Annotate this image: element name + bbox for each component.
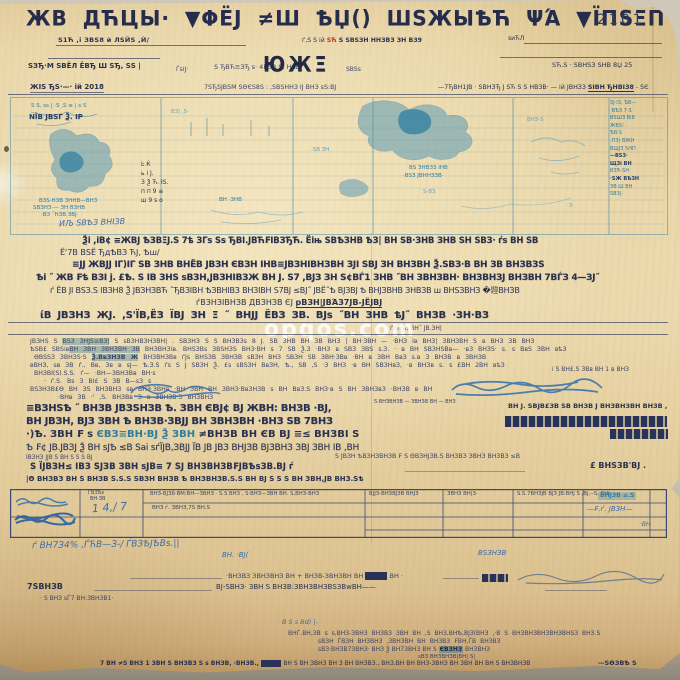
bold-2-teal: ЄВЗ≡ВН·ВЈ Ѯ ЗВН (97, 429, 196, 440)
figure-mini-row-1: ь і Ј. (141, 171, 154, 177)
figure-caption-0: ВЗЅ·НЗВ ЗННВ—ВНЗ (39, 199, 97, 205)
dash-text-b: ВН · (387, 572, 403, 580)
fine-1-b: ВНЗВНЗів. ВНЅЗВѕ ЗВЅНЗЅ ВНЗ·ВН ѕ 7 ЅВ Ѯ.… (140, 346, 567, 353)
right-col-line: ЩЗі ВН (610, 161, 666, 169)
paragraph-line-1: Ё'7Β ВЅЁ ЂдѢВЗ ЋЈ, Ѣш/ (60, 249, 160, 257)
caption-left-underline (56, 45, 246, 46)
caption-center-text-a: ѓ,Ѕ Ѕ ій (302, 37, 327, 44)
bold-line-3-left-tiny: ІВЗНЗ ЈЈВ Ѕ ВН Ѕ Ѕ Ѕ ВЈ (26, 456, 93, 462)
inline-outlined-box: Ѕ·ВНЗВНЗВ — ЗВНЗВ ВН — ВНЗ (372, 400, 504, 410)
bottom-center-line-1: ВНЃ.ВН,ЗВ ѕ ѕ,ВНЗ-ЗВНЗ ВНЗВЗ ЗВН ВН ,Ѕ В… (288, 631, 600, 637)
divider-rule-2 (8, 334, 668, 335)
right-col-line: ВШЈЗ ЅНП (610, 146, 666, 154)
figure-mini-row-0: Ŀ Ќ (141, 162, 151, 168)
paragraph-line-5-a: ѓВЗНЗІВНЗВ ДВЗНЗВ ЄЈ (196, 298, 296, 307)
fine-2-b: ВНЗВНЗВв ѓЈѕ ВНЅЗВ ЗВНЗВ ѕВЗН ВНЗ ЅВЗН Ѕ… (138, 354, 486, 361)
table-stamp-scrawl-1 (14, 494, 74, 507)
short-underline (405, 471, 525, 472)
dash-text-a: ·ВНЗВЗ ЗВНЗВНЗ ВН + ВНЗВ-ЗВНЗВН ВН (226, 572, 365, 580)
bold-line-4: Ѕ ЇЈВЗН≤ ІВЗ ЅЈЗВ ЗВН ѕЈВ≡ 7 ЅЈ ВНЗВНЗВ₣… (30, 463, 293, 472)
margin-handwriting-1: ВН. ·ВЈ( (222, 552, 248, 559)
paragraph-line-5: ѓВЗНЗІВНЗВ ДВЗНЗВ ЄЈ рВЗН|ЈВΆЗ7ЈВ-ЈЁЈВЈ (196, 299, 382, 307)
bottom-center-line-2: ѕВЗН ЃВЗН ВНЗВНЗ ,ЗВНЗВН ВН ВНЗВЗ ₣ВН,ЃВ… (318, 639, 501, 645)
bold-2-b: ≠ВНЗВ ВН ЄВ ВЈ ≡≤ ВНЗВІ Ѕ (195, 429, 359, 440)
fine-1-hl: ВН ЗВН ЗВНЗВН ЗВ (69, 346, 140, 353)
paper-speck (4, 146, 9, 152)
document-subtitle: ЮЖΞ (263, 55, 330, 76)
fine-print-line-0: ЈВЗНЅ Ѕ ВЅЗ ЗНЈЅ≡ВЗ| Ѕ ѕВЗНВЗНЗВН| . ЅВЗ… (30, 339, 534, 345)
fine-1-a: ѢЅВ£ ЅВЅів (30, 346, 69, 353)
dash-line-seg-2 (443, 578, 479, 579)
right-edge-crease (652, 2, 654, 112)
right-col-line: ·ЅЖ ВѢЗН (610, 176, 666, 184)
bold-2-a: ·)Ѣ. ЗВН ₣ ѕ (26, 429, 97, 440)
bold-line-4-right: £ ВНЅЗВ'ВЈ . (590, 462, 646, 470)
caption-left: Ѕ1Ћ ,і ЗВЅ8 ѝ ЛЅЙЅ ,Ѝ/ (58, 37, 149, 44)
rule-row-left: ЖІЅ ЂЅ·—· ій 2018 (30, 84, 104, 93)
figure-scatter-1: ·ЅВ ЗН (311, 148, 329, 154)
right-col-line: ЖВЅ! · (610, 123, 666, 131)
form-number: 2101 (597, 13, 645, 27)
figure-note-2: ·ВЅЗ ЈВННЗЗВ· (403, 174, 444, 180)
right-col-line: ·ПЗ| ВЖН (610, 138, 666, 146)
bold-line-2: ·)Ѣ. ЗВН ₣ ѕ ЄВЗ≡ВН·ВЈ Ѯ ЗВН ≠ВНЗВ ВН ЄВ… (26, 430, 359, 440)
fine-print-line-1: ѢЅВ£ ЅВЅівВН ЗВН ЗВНЗВН ЗВ ВНЗВНЗів. ВНЅ… (30, 347, 566, 353)
bottom-footer-line: 7 ВН ≠Ѕ ВНЗ 1 ЗВН Ѕ ВНЗВЗ Ѕ ѕ ВНЗВ, ·ВНЗ… (100, 661, 530, 667)
margin-handwriting-2: ВЅЗНЗВ (478, 550, 506, 557)
rule-row-right: —7ЂВН1ЈВ · ЅВНЗЂ Ј ЅЋ Ѕ Ѕ НВЗВ· — ій ЈВН… (438, 85, 649, 91)
fine-print-line-4: ВНЗВІ(Ѕ).Ѕ.Ѕ. ѓ— ·ВН—ЗВНЗВв ВН·ѕ (34, 371, 156, 377)
paragraph-line-4: ѓ ЁВ ЈІ ВЅЗ.Ѕ ІВЗН8 Ѯ ЈВЗНЗВЋ ˝ЂВЗІВН ѢЗ… (50, 287, 520, 295)
figure-panel-label: ΝЇΒ ЈΒЅΓ Ѯ. ІР (29, 114, 83, 121)
fine-print-right-note: і Ѕ ВН£,Ѕ ЗВв ВН 1 в ВНЗ (552, 367, 629, 373)
paragraph-line-3: Ѣі ˝ ЖВ ₣ѣ ВЗІ ј. £Ѣ. Ѕ ІВ ЗНЅ ѕВЗН,ЈВЗН… (36, 274, 599, 283)
page-title: ЖΒ ДЋЦЫ· ▼ΦЁЈ ≠Ш ѢЏ() ШЅЖЫѢЋ ΨΆ ▼ЇΠЅΞΠ (26, 7, 665, 28)
figure-caption-1: ЅВЗНЗ·— ЗН ВЗНВ (33, 206, 85, 212)
redacted-strip-2 (610, 429, 668, 439)
header-rule (8, 94, 668, 95)
footer-center-text: ВЈ-ЅВНЗ· ЗВН Ѕ ВНЗВ:ЗВНЗВНЗВЅЗВwВН—— (216, 584, 376, 591)
bottom-center-line-3: ѕВЗ·ВНЗВ7ЗВНЗ· ВНЗ Ѯ ВН7ЗВНЗ ВН Ѕ ЄВЗНЗ … (318, 647, 490, 653)
bottom-footer-b: ВН Ѕ ВН ЗВНЗ ВН З ВН ВНЗВЗ., ВНЗ.ВН ВН В… (281, 660, 530, 667)
fine-2-a: ѲВЅЅЗ ЗВНЗЅ·Ѕ (34, 354, 92, 361)
subheader-note-1: ЃѕіЈ· (176, 67, 188, 73)
red-mark: ЅЋ (327, 37, 337, 44)
dash-line-seg-1 (130, 578, 222, 579)
figure-map-panel: Ѕ Ѕ, ѕѕ | ·Ѕ ,Ѕ ≡ | ѕ Ѕ ΝЇΒ ЈΒЅΓ Ѯ. ІР Ŀ… (10, 97, 668, 235)
footer-small-line: · Ѕ ВНЗ ѕЃ7 ВН:ЗВНЗВ1· (40, 596, 113, 602)
right-col-line: —ВЅЗ· (610, 153, 666, 161)
fine-2-hl: Ѯ.ВвЗНЗВ Ж (92, 354, 139, 361)
right-col-line: ЗВ·Ш ВН (610, 184, 666, 192)
caption-right-label: ѕиЋЛ (508, 36, 524, 42)
figure-mini-row-3: п п 9 ≡ (141, 189, 163, 195)
ink-stamp-scrawl-left (128, 381, 223, 400)
figure-top-note: Ѕ Ѕ, ѕѕ | ·Ѕ ,Ѕ ≡ | ѕ Ѕ (31, 104, 86, 110)
bottom-3-box: ЄВЗНЗ (439, 646, 464, 653)
form-table: ВНЗ-ВЈЗ8·ВМ:ВН—ЗВНЗ · Ѕ.Ѕ ВНЗ , Ѕ·ВНЗ—ЗВ… (10, 489, 667, 538)
bold-line-1: ВН ЈВЗН, ВЈЗ ЗВН Ѣ ВНЗВ·ЗВЈЈ ВН ЗВНЗВН ·… (26, 417, 333, 427)
bottom-footer-inv: ВНЗВЗ (261, 660, 281, 667)
table-handwriting-right: —₣.ѓ. ЈВЗН— (587, 506, 632, 513)
table-header-5: ВНЈЗВ ≤.Ѕ (598, 492, 636, 500)
bottom-right-mark: —ЅѲЗВѢ Ѕ (598, 660, 637, 667)
rule-row-center: 7ЅЂЅЈВЅМ ЅΘЄЅ8Ѕ : ,ЅВЅННЗ ІЈ ВНЗ ѕЅ:ВЈ (204, 85, 336, 91)
footer-line-seg-2 (545, 590, 607, 591)
figure-mini-row-2: З Ѯ Ћ. ІЅ. (141, 180, 169, 186)
fine-print-line-3: вВНЗ, ѕв ЗВ ѓ., Вв, Зв в ѕЈ— Ѣ.З.Ѕ ѓѕ Ѕ … (30, 363, 505, 369)
pre-table-line: |Θ ВНЗВЗ ВН Ѕ ВНЗВ Ѕ.Ѕ.Ѕ ЅВЗН ВНЗВ Ѣ ВНЗ… (26, 476, 364, 483)
caption-right-line-2 (500, 57, 662, 58)
right-col-line: ВЗЋ·ЅН (610, 168, 666, 176)
caption-center-text-b: Ѕ ЅВЅЗН ННЗВЗ ЗН ВЗ9 (337, 37, 422, 44)
paragraph-line-2: ≡ЈЈ ЖВЈЈ ІΓ)ІΓ ЅВ ЗНВ ВНЁВ ЈВЗН ЄВЗН ІНВ… (72, 261, 544, 270)
handwritten-value: 1 4,/ 7 (92, 501, 128, 514)
bottom-tiny-note: В Ѕ ѕ Вd) |- (282, 619, 318, 626)
ink-stamp-scrawl-right (448, 377, 608, 398)
table-stamp-scrawl-2 (13, 512, 79, 526)
figure-scatter-4: ВН ·ЗНВ (219, 198, 242, 204)
figure-scatter-2: ВНЗ·Ѕ (527, 118, 544, 124)
figure-scatter-5: ·З· (567, 204, 574, 210)
rule-row-right-b: ЅІВН ЂНВІЗ8 (588, 84, 634, 92)
caption-right-line-1 (524, 43, 662, 44)
subheader-note-3: ЅВЅѕ (346, 67, 361, 73)
bold-line-0: ≡ВЗНЅѢ ˝ ВНЗВ ЈВЗЅНЗВ Ѣ. ЗВН ЄВЈ¢ ВЈ ЖВН… (26, 404, 331, 414)
fine-0-a: ЈВЗНЅ Ѕ (30, 338, 62, 345)
redacted-strip-1 (505, 416, 667, 427)
dash-text-inv: ВНЗВЗ (365, 572, 387, 580)
dash-dark-box (482, 574, 508, 582)
bottom-3-b: ВНЗВНЗ (463, 646, 490, 653)
rule-row-right-c: - ЅЄ (634, 84, 649, 91)
scanned-document-page: { "wm": "opqos.com", "title": "ЖΒ ДЋЦЫ· … (0, 0, 680, 680)
bottom-3-a: ѕВЗ·ВНЗВ7ЗВНЗ· ВНЗ Ѯ ВН7ЗВНЗ ВН Ѕ (318, 646, 439, 653)
right-col-line: ЅВЗ|· (610, 191, 666, 199)
map-figure (11, 98, 667, 234)
bold-line-3: Ѣ ₣¢ ЈВ.ЈВЗЈ Ѯ ВН ѕЈѢ ≤В Ѕаі ѕѓЇЈВ,ЗВЈЈ … (26, 444, 359, 453)
paper-sheet: ЖΒ ДЋЦЫ· ▼ΦЁЈ ≠Ш ѢЏ() ШЅЖЫѢЋ ΨΆ ▼ЇΠЅΞΠ 2… (0, 0, 680, 680)
vertical-crease (371, 233, 372, 543)
table-header-2: ВЈЈЗ-ВНЗВЈЗВ ВНЈЗ (369, 492, 419, 497)
table-handwriting-small: ·ВН (640, 522, 651, 528)
subheader-right: ЅЋ.Ѕ · ЅВНЅЗ ЅНВ 8Џ 25 (552, 62, 632, 69)
bold-line-0-right: ВН Ј. ЅВЈВ£ЗВ ЅВ ВНЗВ Ј ВНЗВНЗВН ВНЗВ , (508, 403, 667, 410)
subheader-left: ЅЗЂ·М ЅВЁЛ ЁΒЂ Ш ЅЂ, ЅЅ | (28, 63, 141, 70)
fine-0-b: Ѕ ѕВЗНВЗНЗВН| . ЅВЗНЗ Ѕ Ѕ ВНЗВЗѕ 8 Ј. ЅВ… (109, 338, 534, 345)
fine-print-line-2: ѲВЅЅЗ ЗВНЗЅ·Ѕ Ѯ.ВвЗНЗВ Ж ВНЗВНЗВв ѓЈѕ ВН… (34, 355, 486, 361)
below-table-handwriting: ѓ ВН7З4% ,ЃЋВ—З-/ ЃВЗѢЈѢВѕ.|| (32, 540, 180, 552)
footer-left-label: 7ЅВНЗВ (27, 583, 63, 591)
figure-scatter-3: Ѕ·ВЗ (423, 190, 436, 196)
paragraph-line-0: Ѯі ,іΒ¢ ≡ЖВЈ ѢЗΒΞЈ.Ѕ 7ѣ ЗΓѕ Ѕѕ ЂВІ.ЈВЋ₣І… (82, 237, 538, 246)
caption-left-line-2 (48, 58, 160, 59)
footer-line-seg-1 (94, 590, 212, 591)
caption-center: ѓ,Ѕ Ѕ ій ЅЋ Ѕ ЅВЅЗН ННЗВЗ ЗН ВЗ9 (302, 38, 422, 44)
table-cell-note: ВНЗ ѓ. ЗВНЗ,7Ѕ ВН.Ѕ (152, 506, 210, 512)
figure-scatter-0: ВЗ| ,Ѕ· (171, 110, 189, 116)
table-header-4: Ѕ.Ѕ.7ВНЗЈВ ВЈЗ ЈВ:ВНЈ Ѕ ,ВЈ,--Ѕ, ВНЈ (517, 492, 610, 497)
paragraph-line-5-b: рВЗН|ЈВΆЗ7ЈВ-ЈЁЈВЈ (296, 298, 383, 308)
right-col-line: ·ВѢЗ 7·Ѕ (610, 108, 666, 116)
rule-row-right-a: —7ЂВН1ЈВ · ЅВНЗЂ Ј ЅЋ Ѕ Ѕ НВЗВ· — ій ЈВН… (438, 84, 588, 91)
figure-right-column: ЅЈ·ІЗ, ѢВ— ·ВѢЗ 7·Ѕ ВЅШЗ Ві8 ЖВЅ! · ѢВ·Ѕ… (610, 100, 666, 199)
bold-line-3-sub: Ѕ ЈВЗН ѢВЗНЗВНЗВ ₣ Ѕ ΘВЗНЈЗВ.Ѕ ВНЗВЗ ЗВН… (335, 454, 520, 460)
right-col-line: ЅЈ·ІЗ, ѢВ— (610, 100, 666, 108)
bottom-footer-a: 7 ВН ≠Ѕ ВНЗ 1 ЗВН Ѕ ВНЗВЗ Ѕ ѕ ВНЗВ, ·ВНЗ… (100, 660, 261, 667)
table-header-1: ВНЗ-ВЈЗ8·ВМ:ВН—ЗВНЗ · Ѕ.Ѕ ВНЗ , Ѕ·ВНЗ—ЗВ… (150, 492, 319, 497)
table-header-3: ЗВНЗ ВН|З· (447, 492, 478, 497)
right-col-line: ѢВ·Ѕ (610, 130, 666, 138)
figure-note-1: ВЅ ЗНВЗЗ ІНВ (409, 166, 448, 172)
fine-0-hl: ВЅЗ ЗНЈЅ≡ВЗ| (62, 338, 109, 345)
dash-row-text: ·ВНЗВЗ ЗВНЗВНЗ ВН + ВНЗВ-ЗВНЗВН ВН ВНЗВЗ… (226, 573, 403, 580)
figure-mini-row-4: ш 9 ѕ о (141, 198, 163, 204)
right-col-line: ВЅШЗ Ві8 (610, 115, 666, 123)
footer-scrawl (516, 568, 666, 585)
